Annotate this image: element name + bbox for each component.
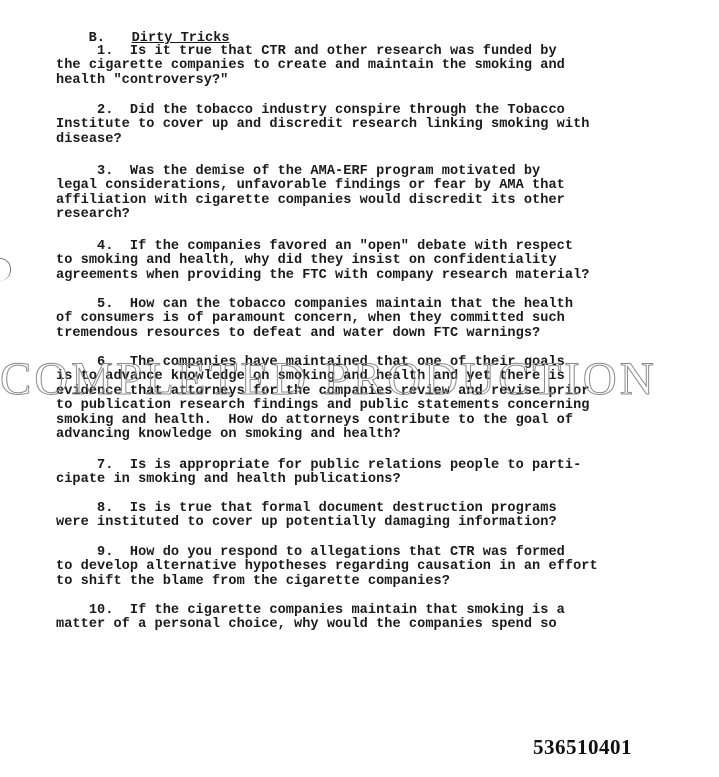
text-line: disease? (56, 133, 666, 147)
text-line: to shift the blame from the cigarette co… (56, 575, 666, 589)
question-4: 4. If the companies favored an "open" de… (56, 240, 666, 283)
text-line: Institute to cover up and discredit rese… (56, 118, 666, 132)
text-line: evidence that attorneys for the companie… (56, 385, 666, 399)
question-2: 2. Did the tobacco industry conspire thr… (56, 104, 666, 147)
text-line: 3. Was the demise of the AMA-ERF program… (56, 165, 666, 179)
text-line: agreements when providing the FTC with c… (56, 269, 666, 283)
text-line: matter of a personal choice, why would t… (56, 618, 666, 632)
text-line: 4. If the companies favored an "open" de… (56, 240, 666, 254)
question-9: 9. How do you respond to allegations tha… (56, 546, 666, 589)
text-line: the cigarette companies to create and ma… (56, 59, 666, 73)
text-line: advancing knowledge on smoking and healt… (56, 428, 666, 442)
question-10: 10. If the cigarette companies maintain … (56, 604, 666, 633)
question-5: 5. How can the tobacco companies maintai… (56, 298, 666, 341)
text-line: 6. The companies have maintained that on… (56, 356, 666, 370)
text-line: of consumers is of paramount concern, wh… (56, 312, 666, 326)
question-3: 3. Was the demise of the AMA-ERF program… (56, 165, 666, 223)
text-line: 8. Is is true that formal document destr… (56, 502, 666, 516)
text-line: research? (56, 208, 666, 222)
text-line: 2. Did the tobacco industry conspire thr… (56, 104, 666, 118)
text-line: 5. How can the tobacco companies maintai… (56, 298, 666, 312)
margin-binding-mark (0, 258, 11, 281)
question-6: 6. The companies have maintained that on… (56, 356, 666, 442)
text-line: is to advance knowledge on smoking and h… (56, 370, 666, 384)
text-line: 1. Is it true that CTR and other researc… (56, 45, 666, 59)
question-8: 8. Is is true that formal document destr… (56, 502, 666, 531)
text-line: to publication research findings and pub… (56, 399, 666, 413)
text-line: smoking and health. How do attorneys con… (56, 414, 666, 428)
clipped-top-line: · · · · · · · · · · · · · · · (55, 0, 615, 3)
text-line: were instituted to cover up potentially … (56, 516, 666, 530)
text-line: 10. If the cigarette companies maintain … (56, 604, 666, 618)
text-line: to smoking and health, why did they insi… (56, 254, 666, 268)
text-line: tremendous resources to defeat and water… (56, 327, 666, 341)
text-line: legal considerations, unfavorable findin… (56, 179, 666, 193)
text-line: 9. How do you respond to allegations tha… (56, 546, 666, 560)
text-line: cipate in smoking and health publication… (56, 473, 666, 487)
bates-number: 536510401 (533, 735, 632, 760)
text-line: affiliation with cigarette companies wou… (56, 194, 666, 208)
text-line: 7. Is is appropriate for public relation… (56, 459, 666, 473)
text-line: to develop alternative hypotheses regard… (56, 560, 666, 574)
document-page: · · · · · · · · · · · · · · · B.Dirty Tr… (0, 0, 719, 777)
question-1: 1. Is it true that CTR and other researc… (56, 45, 666, 88)
question-7: 7. Is is appropriate for public relation… (56, 459, 666, 488)
text-line: health "controversy?" (56, 74, 666, 88)
